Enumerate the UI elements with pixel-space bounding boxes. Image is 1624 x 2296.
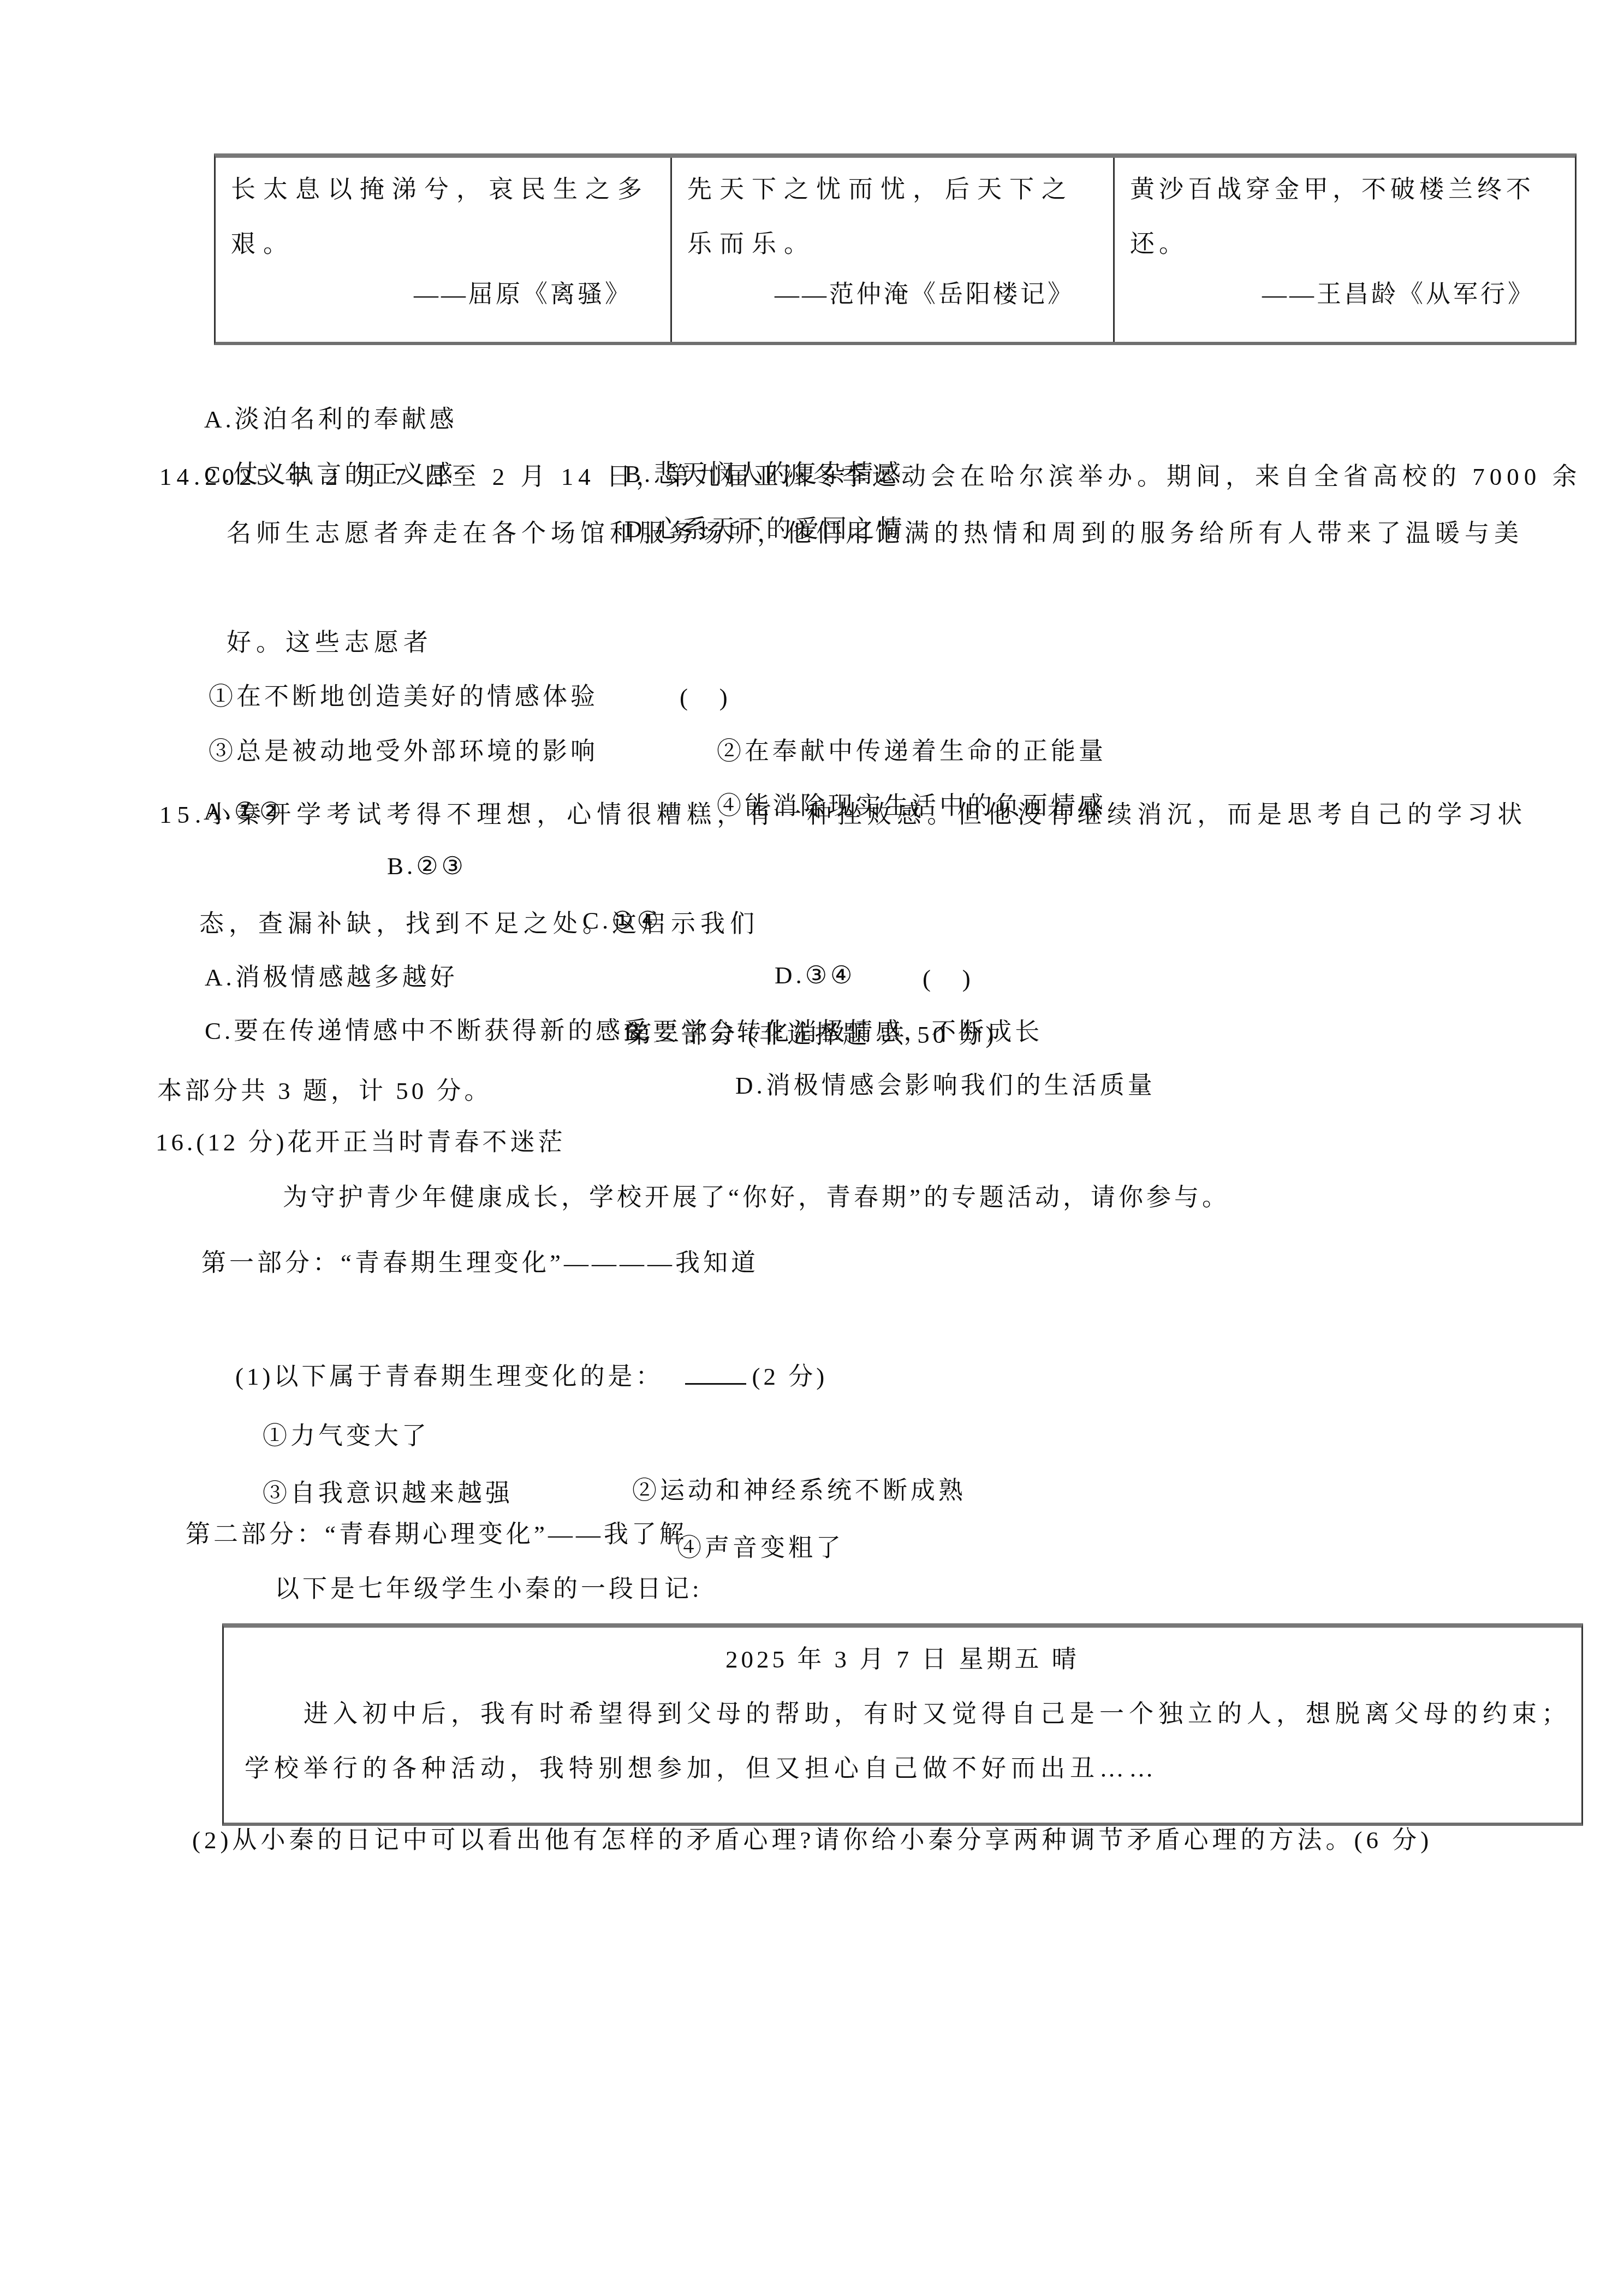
q15-stem-line-1: 15.小秦开学考试考得不理想，心情很糟糕，有一种挫败感。但他没有继续消沉，而是思…: [159, 787, 1527, 842]
quote-text: 先天下之忧而忧，后天下之: [687, 162, 1098, 217]
q13-quote-table: 长太息以掩涕兮，哀民生之多 艰。 ——屈原《离骚》 先天下之忧而忧，后天下之 乐…: [214, 153, 1577, 345]
diary-box: 2025 年 3 月 7 日 星期五 晴 进入初中后，我有时希望得到父母的帮助，…: [222, 1623, 1583, 1826]
quote-source: ——范仲淹《岳阳楼记》: [672, 267, 1113, 322]
diary-date: 2025 年 3 月 7 日 星期五 晴: [224, 1632, 1581, 1687]
q13-quote-cell-lisao: 长太息以掩涕兮，哀民生之多 艰。 ——屈原《离骚》: [216, 158, 672, 342]
q14-stem-line-1: 14.2025 年 2 月 7 日至 2 月 14 日，第九届亚洲冬季运动会在哈…: [159, 449, 1582, 504]
quote-text: 乐而乐。: [687, 217, 1098, 271]
q16-part2-heading: 第二部分：“青春期心理变化”——我了解: [186, 1507, 687, 1562]
exam-page: 长太息以掩涕兮，哀民生之多 艰。 ——屈原《离骚》 先天下之忧而忧，后天下之 乐…: [0, 0, 1624, 2296]
quote-text: 还。: [1130, 217, 1558, 271]
part2-note: 本部分共 3 题，计 50 分。: [157, 1064, 492, 1118]
q16-title: 16.(12 分)花开正当时青春不迷茫: [156, 1115, 566, 1170]
q16-question-2: (2)从小秦的日记中可以看出他有怎样的矛盾心理?请你给小秦分享两种调节矛盾心理的…: [192, 1813, 1432, 1867]
quote-text: 长太息以掩涕兮，哀民生之多: [231, 162, 655, 217]
q14-stem-line-2: 名师生志愿者奔走在各个场馆和服务场所，他们用饱满的热情和周到的服务给所有人带来了…: [227, 506, 1524, 561]
quote-text: 艰。: [231, 217, 655, 271]
quote-text: 黄沙百战穿金甲，不破楼兰终不: [1130, 162, 1558, 217]
q16-intro: 为守护青少年健康成长，学校开展了“你好，青春期”的专题活动，请你参与。: [283, 1170, 1230, 1225]
diary-line-1: 进入初中后，我有时希望得到父母的帮助，有时又觉得自己是一个独立的人，想脱离父母的…: [224, 1687, 1581, 1741]
quote-source: ——屈原《离骚》: [216, 267, 670, 322]
q16-diary-intro: 以下是七年级学生小秦的一段日记:: [275, 1562, 703, 1616]
q16-part1-heading: 第一部分：“青春期生理变化”————我知道: [201, 1236, 759, 1290]
diary-line-2: 学校举行的各种活动，我特别想参加，但又担心自己做不好而出丑……: [224, 1741, 1581, 1796]
part2-header: 第二部分 (非选择题 共 50 分): [0, 1007, 1624, 1062]
q15-option-d: D.消极情感会影响我们的生活质量: [735, 1058, 1156, 1113]
q13-quote-cell-congjunxing: 黄沙百战穿金甲，不破楼兰终不 还。 ——王昌龄《从军行》: [1115, 158, 1573, 342]
quote-source: ——王昌龄《从军行》: [1115, 267, 1573, 322]
q13-quote-cell-yueyanglouji: 先天下之忧而忧，后天下之 乐而乐。 ——范仲淹《岳阳楼记》: [672, 158, 1115, 342]
